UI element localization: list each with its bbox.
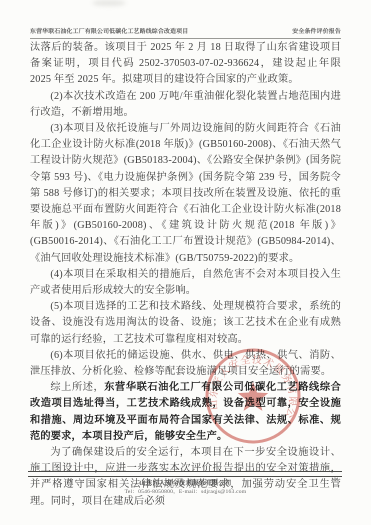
paragraph-continuation: 汰落后的装备。该项目于 2025 年 2 月 18 日取得了山东省建设项目备案证… [30, 40, 341, 89]
document-page: 东营华联石油化工厂有限公司低碳化工艺路线综合改造项目 安全条件评价报告 汰落后的… [0, 0, 371, 525]
page-header: 东营华联石油化工厂有限公司低碳化工艺路线综合改造项目 安全条件评价报告 [30, 24, 341, 39]
scan-artifact [92, 0, 126, 6]
footer-company: 山东匠人安全技术服务有限公司 [0, 478, 371, 487]
paragraph-item-3: (3)本项目及依托设施与厂外周边设施间的防火间距符合《石油化工企业设计防火标准(… [30, 121, 341, 267]
conclusion-paragraph: 综上所述，东营华联石油化工厂有限公司低碳化工艺路线综合改造项目选址得当，工艺技术… [30, 380, 341, 445]
paragraph-item-4: (4)本项目在采取相关的措施后，自然危害不会对本项目投入生产或者使用后形成较大的… [30, 267, 341, 299]
paragraph-item-6: (6)本项目依托的储运设施、供水、供电、供热、供气、消防、泄压排放、分析化验、检… [30, 348, 341, 380]
footer-rule [28, 471, 342, 477]
conclusion-lead: 综上所述， [50, 382, 104, 393]
document-body: 汰落后的装备。该项目于 2025 年 2 月 18 日取得了山东省建设项目备案证… [30, 40, 341, 510]
paragraph-item-5: (5)本项目选择的工艺和技术路线、处理规模符合要求，系统的设备、设施没有选用淘汰… [30, 299, 341, 348]
footer-contact: Tel：0546-8050800，E-mail：sdjraqjs@163.com [0, 487, 371, 495]
header-left-title: 东营华联石油化工厂有限公司低碳化工艺路线综合改造项目 [30, 26, 188, 35]
page-number: 181 [331, 477, 339, 483]
paragraph-item-2: (2)本次技术改造在 200 万吨/年重油催化裂化装置占地范围内进行改造，不新增… [30, 89, 341, 121]
header-right-title: 安全条件评价报告 [292, 26, 341, 35]
